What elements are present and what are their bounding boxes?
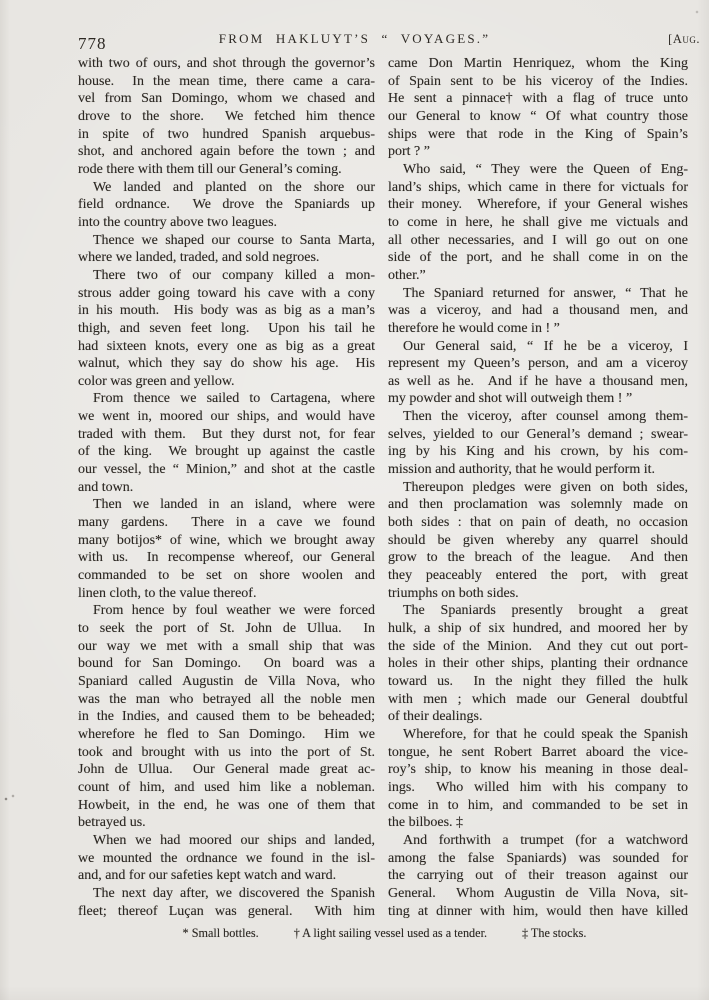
book-page: 778 FROM HAKLUYT’S “ VOYAGES.” [Aug. wit… [0, 0, 709, 1000]
text-line: my powder and shot will outweigh them ! … [388, 390, 688, 408]
text-line: in his mouth. His body was as big as a m… [78, 302, 375, 320]
footnote-pinnace: † A light sailing vessel used as a tende… [294, 926, 487, 941]
text-line: linen cloth, to the value thereof. [78, 585, 375, 603]
text-line: wherefore he fled to San Domingo. Him we [78, 726, 375, 744]
text-line-content: ings. Who willed him with his company to [388, 780, 688, 795]
text-line: From hence by foul weather we were force… [78, 602, 375, 620]
text-line: Then we landed in an island, where were [78, 496, 375, 514]
text-line: of Spain sent to be his viceroy of the I… [388, 73, 688, 91]
text-line-content: toward us. In the night they filled the … [388, 674, 688, 689]
text-line: Our General said, “ If he be a viceroy, … [388, 338, 688, 356]
running-title: FROM HAKLUYT’S “ VOYAGES.” [0, 31, 709, 47]
text-line-content: mission and authority, that he would per… [388, 462, 655, 477]
text-line-content: From hence by foul weather we were force… [93, 603, 375, 618]
text-line-content: rode there with them till our General’s … [78, 162, 342, 177]
text-line-content: where we landed, traded, and sold negroe… [78, 250, 319, 265]
text-line: to seek the port of St. John de Ullua. I… [78, 620, 375, 638]
text-line-content: in spite of two hundred Spanish arquebus… [78, 127, 375, 142]
text-line-content: betrayed us. [78, 815, 146, 830]
text-line-content: our way we met with a small ship that wa… [78, 639, 375, 654]
text-line: rode there with them till our General’s … [78, 161, 375, 179]
text-line: and then proclamation was solemnly made … [388, 496, 688, 514]
text-line: ships were that rode in the King of Spai… [388, 126, 688, 144]
text-line: our way we met with a small ship that wa… [78, 638, 375, 656]
text-line: land’s ships, which came in there for vi… [388, 179, 688, 197]
text-line: we went in, moored our ships, and would … [78, 408, 375, 426]
text-line: many gardens. There in a cave we found [78, 514, 375, 532]
text-line-content: Thence we shaped our course to Santa Mar… [93, 233, 375, 248]
text-line: Thereupon pledges were given on both sid… [388, 479, 688, 497]
text-line-content: many gardens. There in a cave we found [78, 515, 375, 530]
text-line-content: port ? ” [388, 144, 430, 159]
text-line-content: our vessel, the “ Minion,” and shot at t… [78, 462, 375, 477]
text-line-content: triumphs on both sides. [388, 586, 519, 601]
text-line: John de Ullua. Our General made great ac… [78, 761, 375, 779]
text-line-content: the side of the Minion. And they cut out… [388, 639, 688, 654]
text-line-content: of the king. We brought up against the c… [78, 444, 375, 459]
text-line: represent my Queen’s person, and am a vi… [388, 355, 688, 373]
text-line-content: came Don Martin Henriquez, whom the King [388, 56, 688, 71]
text-line-content: walnut, which they say do show his age. … [78, 356, 375, 371]
text-line: betrayed us. [78, 814, 375, 832]
text-line: commanded to be set on shore woolen and [78, 567, 375, 585]
text-line-content: Spaniard called Augustin de Villa Nova, … [78, 674, 375, 689]
text-line: shot, and anchored again before the town… [78, 143, 375, 161]
text-line-content: roy’s ship, to know his meaning in those… [388, 762, 688, 777]
text-line: in spite of two hundred Spanish arquebus… [78, 126, 375, 144]
text-line: The Spaniard returned for answer, “ That… [388, 285, 688, 303]
text-line: the carrying out of their treason agains… [388, 867, 688, 885]
text-line: and town. [78, 479, 375, 497]
text-line-content: color was green and yellow. [78, 374, 235, 389]
date-marker: [Aug. [668, 32, 700, 47]
text-line-content: with two of ours, and shot through the g… [78, 56, 375, 71]
text-line-content: land’s ships, which came in there for vi… [388, 180, 688, 195]
text-line-content: other.” [388, 268, 426, 283]
text-line: Wherefore, for that he could speak the S… [388, 726, 688, 744]
footnote-small-bottles: * Small bottles. [183, 926, 259, 941]
text-line-content: the bilboes. ‡ [388, 815, 463, 830]
text-line-content: was the man who betrayed all the noble m… [78, 692, 375, 707]
text-line-content: of their dealings. [388, 709, 482, 724]
text-line: When we had moored our ships and landed, [78, 832, 375, 850]
text-line: bound for San Domingo. On board was a [78, 655, 375, 673]
text-line-content: among the false Spaniards) was sounded f… [388, 851, 688, 866]
text-line: walnut, which they say do show his age. … [78, 355, 375, 373]
text-line: came Don Martin Henriquez, whom the King [388, 55, 688, 73]
text-line: many botijos* of wine, which we brought … [78, 532, 375, 550]
text-line: roy’s ship, to know his meaning in those… [388, 761, 688, 779]
text-line-content: shot, and anchored again before the town… [78, 144, 375, 159]
text-line-content: both sides : that on pain of death, no o… [388, 515, 688, 530]
text-line: toward us. In the night they filled the … [388, 673, 688, 691]
text-line: Thence we shaped our course to Santa Mar… [78, 232, 375, 250]
text-line: fleet; thereof Luçan was general. With h… [78, 903, 375, 921]
text-line-content: bound for San Domingo. On board was a [78, 656, 375, 671]
text-line: grow to the breach of the league. And th… [388, 549, 688, 567]
text-line-content: Then the viceroy, after counsel among th… [403, 409, 688, 424]
text-line-content: linen cloth, to the value thereof. [78, 586, 256, 601]
text-line: both sides : that on pain of death, no o… [388, 514, 688, 532]
text-line-content: vel from San Domingo, whom we chased and [78, 91, 375, 106]
text-line-content: grow to the breach of the league. And th… [388, 550, 688, 565]
text-line-content: to seek the port of St. John de Ullua. I… [78, 621, 375, 636]
text-line: was a viceroy, and had a thousand men, a… [388, 302, 688, 320]
text-line: they peaceably entered the port, with gr… [388, 567, 688, 585]
text-line-content: fleet; thereof Luçan was general. With h… [78, 904, 375, 919]
text-line: with us. In recompense whereof, our Gene… [78, 549, 375, 567]
text-line: of their dealings. [388, 708, 688, 726]
text-line-content: drove to the shore. We fetched him thenc… [78, 109, 375, 124]
text-line: other.” [388, 267, 688, 285]
text-line-content: represent my Queen’s person, and am a vi… [388, 356, 688, 371]
text-line-content: We landed and planted on the shore our [93, 180, 375, 195]
text-line-content: Howbeit, in the end, he was one of them … [78, 798, 375, 813]
text-line-content: And forthwith a trumpet (for a watchword [403, 833, 688, 848]
text-line-content: all other necessaries, and I will go out… [388, 233, 688, 248]
text-line-content: with men ; which made our General doubtf… [388, 692, 688, 707]
text-line-content: holes in their other ships, planting the… [388, 656, 688, 671]
text-line-content: The next day after, we discovered the Sp… [93, 886, 375, 901]
text-line: triumphs on both sides. [388, 585, 688, 603]
text-line: The Spaniards presently brought a great [388, 602, 688, 620]
text-line: the bilboes. ‡ [388, 814, 688, 832]
text-line-content: they peaceably entered the port, with gr… [388, 568, 688, 583]
text-line-content: side of the port, and he shall come in o… [388, 250, 688, 265]
text-line-content: and town. [78, 480, 133, 495]
text-line-content: ing by his King and his crown, by his co… [388, 444, 688, 459]
text-line: ting at dinner with him, would then have… [388, 903, 688, 921]
text-line: our vessel, the “ Minion,” and shot at t… [78, 461, 375, 479]
text-line: There two of our company killed a mon- [78, 267, 375, 285]
text-line-content: our General to know “ Of what country th… [388, 109, 688, 124]
text-line: mission and authority, that he would per… [388, 461, 688, 479]
text-line: field ordnance. We drove the Spaniards u… [78, 196, 375, 214]
text-line-content: the carrying out of their treason agains… [388, 868, 688, 883]
text-line-content: we mounted the ordnance we found in the … [78, 851, 375, 866]
text-line: From thence we sailed to Cartagena, wher… [78, 390, 375, 408]
text-line: thigh, and seven feet long. Upon his tai… [78, 320, 375, 338]
text-line-content: thigh, and seven feet long. Upon his tai… [78, 321, 375, 336]
footnote-stocks: ‡ The stocks. [522, 926, 586, 941]
text-line-content: therefore he would come in ! ” [388, 321, 560, 336]
text-line-content: was a viceroy, and had a thousand men, a… [388, 303, 688, 318]
text-line: among the false Spaniards) was sounded f… [388, 850, 688, 868]
text-line: vel from San Domingo, whom we chased and [78, 90, 375, 108]
text-line: drove to the shore. We fetched him thenc… [78, 108, 375, 126]
text-line: We landed and planted on the shore our [78, 179, 375, 197]
text-line: all other necessaries, and I will go out… [388, 232, 688, 250]
text-line-content: traded with them. But they durst not, fo… [78, 427, 375, 442]
text-line-content: Thereupon pledges were given on both sid… [403, 480, 688, 495]
text-line-content: The Spaniards presently brought a great [403, 603, 688, 618]
text-line: into the country above two leagues. [78, 214, 375, 232]
text-line: come in to him, and commanded to be set … [388, 797, 688, 815]
text-line-content: took and brought with us into the port o… [78, 745, 375, 760]
text-line-content: count of him, and used him like a noblem… [78, 780, 375, 795]
text-line: house. In the mean time, there came a ca… [78, 73, 375, 91]
text-line: Spaniard called Augustin de Villa Nova, … [78, 673, 375, 691]
text-line: strous adder going toward his cave with … [78, 285, 375, 303]
text-line-content: their money. Wherefore, if your General … [388, 197, 688, 212]
text-line: Howbeit, in the end, he was one of them … [78, 797, 375, 815]
right-column: came Don Martin Henriquez, whom the King… [388, 55, 688, 920]
text-line: with men ; which made our General doubtf… [388, 691, 688, 709]
text-line: traded with them. But they durst not, fo… [78, 426, 375, 444]
text-line: side of the port, and he shall come in o… [388, 249, 688, 267]
text-line-content: many botijos* of wine, which we brought … [78, 533, 375, 548]
text-line: And forthwith a trumpet (for a watchword [388, 832, 688, 850]
text-line-content: and then proclamation was solemnly made … [388, 497, 688, 512]
text-line-content: When we had moored our ships and landed, [93, 833, 375, 848]
text-line-content: of Spain sent to be his viceroy of the I… [388, 74, 688, 89]
text-line-content: we went in, moored our ships, and would … [78, 409, 375, 424]
text-line: Who said, “ They were the Queen of Eng- [388, 161, 688, 179]
text-line-content: Then we landed in an island, where were [93, 497, 375, 512]
text-line: He sent a pinnace† with a flag of truce … [388, 90, 688, 108]
text-line: the side of the Minion. And they cut out… [388, 638, 688, 656]
text-line-content: with us. In recompense whereof, our Gene… [78, 550, 375, 565]
text-line-content: into the country above two leagues. [78, 215, 277, 230]
text-line: with two of ours, and shot through the g… [78, 55, 375, 73]
text-line: hulk, a ship of six hundred, and moored … [388, 620, 688, 638]
text-line-content: and, and for our safeties kept watch and… [78, 868, 336, 883]
text-line: should be given whereby any quarrel shou… [388, 532, 688, 550]
text-line: Then the viceroy, after counsel among th… [388, 408, 688, 426]
text-line: therefore he would come in ! ” [388, 320, 688, 338]
text-line: in the Indies, and caused them to be beh… [78, 708, 375, 726]
text-line-content: should be given whereby any quarrel shou… [388, 533, 688, 548]
text-line-content: wherefore he fled to San Domingo. Him we [78, 727, 375, 742]
text-line-content: General. Whom Augustin de Villa Nova, si… [388, 886, 688, 901]
text-line: as well as he. And if he have a thousand… [388, 373, 688, 391]
text-line-content: come in to him, and commanded to be set … [388, 798, 688, 813]
text-line-content: Who said, “ They were the Queen of Eng- [403, 162, 688, 177]
left-column: with two of ours, and shot through the g… [78, 55, 375, 920]
text-line-content: The Spaniard returned for answer, “ That… [403, 286, 688, 301]
text-line: to come in here, he shall give me victua… [388, 214, 688, 232]
text-line: color was green and yellow. [78, 373, 375, 391]
text-line: where we landed, traded, and sold negroe… [78, 249, 375, 267]
text-line-content: John de Ullua. Our General made great ac… [78, 762, 375, 777]
text-line: took and brought with us into the port o… [78, 744, 375, 762]
text-line: ings. Who willed him with his company to [388, 779, 688, 797]
text-line: tongue, he sent Robert Barret aboard the… [388, 744, 688, 762]
text-line-content: There two of our company killed a mon- [93, 268, 375, 283]
text-line: their money. Wherefore, if your General … [388, 196, 688, 214]
text-line: The next day after, we discovered the Sp… [78, 885, 375, 903]
text-line-content: Our General said, “ If he be a viceroy, … [403, 339, 688, 354]
text-line-content: He sent a pinnace† with a flag of truce … [388, 91, 688, 106]
text-line: count of him, and used him like a noblem… [78, 779, 375, 797]
text-line-content: strous adder going toward his cave with … [78, 286, 375, 301]
text-line: had sixteen knots, every one as big as a… [78, 338, 375, 356]
text-line-content: in the Indies, and caused them to be beh… [78, 709, 375, 724]
text-line: and, and for our safeties kept watch and… [78, 867, 375, 885]
text-line-content: house. In the mean time, there came a ca… [78, 74, 375, 89]
text-line: we mounted the ordnance we found in the … [78, 850, 375, 868]
text-line-content: Wherefore, for that he could speak the S… [403, 727, 688, 742]
text-line-content: ting at dinner with him, would then have… [388, 904, 688, 919]
text-line: was the man who betrayed all the noble m… [78, 691, 375, 709]
text-line: port ? ” [388, 143, 688, 161]
text-line-content: From thence we sailed to Cartagena, wher… [93, 391, 375, 406]
text-line: our General to know “ Of what country th… [388, 108, 688, 126]
text-line: General. Whom Augustin de Villa Nova, si… [388, 885, 688, 903]
text-line-content: commanded to be set on shore woolen and [78, 568, 375, 583]
text-line-content: field ordnance. We drove the Spaniards u… [78, 197, 375, 212]
text-line: holes in their other ships, planting the… [388, 655, 688, 673]
text-line: selves, yielded to our General’s demand … [388, 426, 688, 444]
text-line: of the king. We brought up against the c… [78, 443, 375, 461]
text-columns: with two of ours, and shot through the g… [78, 55, 688, 920]
text-line-content: in his mouth. His body was as big as a m… [78, 303, 375, 318]
text-line: ing by his King and his crown, by his co… [388, 443, 688, 461]
text-line-content: hulk, a ship of six hundred, and moored … [388, 621, 688, 636]
text-line-content: to come in here, he shall give me victua… [388, 215, 688, 230]
footnotes-bar: * Small bottles. † A light sailing vesse… [30, 926, 709, 941]
text-line-content: selves, yielded to our General’s demand … [388, 427, 688, 442]
text-line-content: my powder and shot will outweigh them ! … [388, 391, 632, 406]
text-line-content: ships were that rode in the King of Spai… [388, 127, 688, 142]
text-line-content: as well as he. And if he have a thousand… [388, 374, 688, 389]
text-line-content: tongue, he sent Robert Barret aboard the… [388, 745, 688, 760]
text-line-content: had sixteen knots, every one as big as a… [78, 339, 375, 354]
